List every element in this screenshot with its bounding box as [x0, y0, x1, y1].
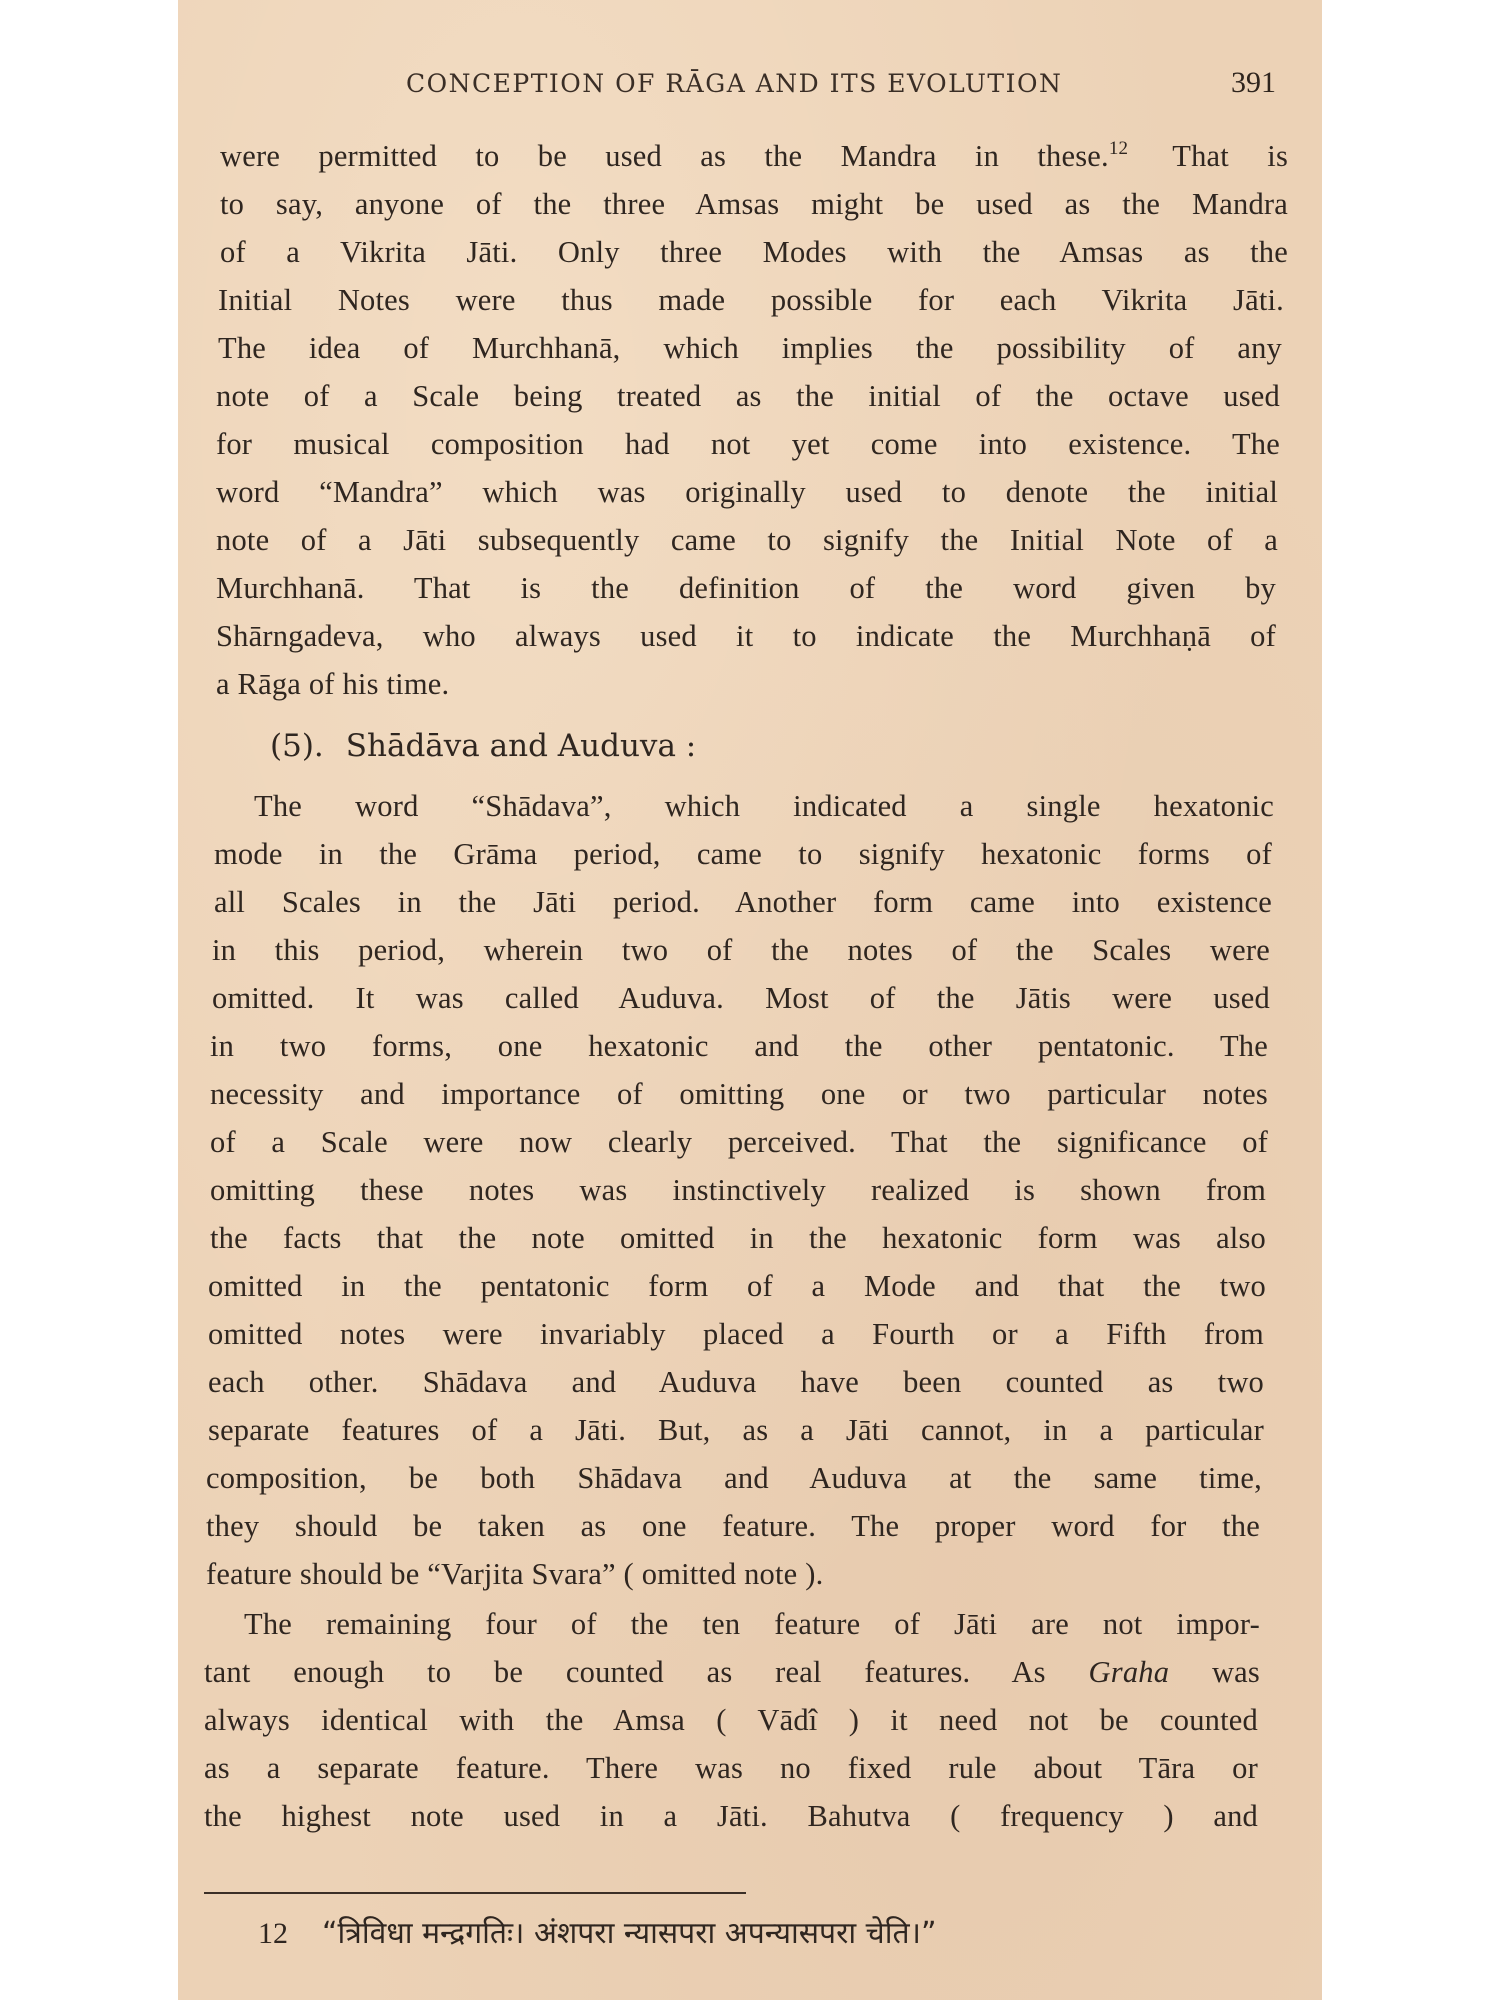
book-page: CONCEPTION OF RĀGA AND ITS EVOLUTION 391… — [178, 0, 1322, 2000]
text-line: note of a Jāti subsequently came to sign… — [216, 522, 1278, 558]
text-line: in two forms, one hexatonic and the othe… — [210, 1028, 1268, 1064]
text-line: as a separate feature. There was no fixe… — [204, 1750, 1258, 1786]
text-line: Shārngadeva, who always used it to indic… — [216, 618, 1276, 654]
italic-term: Graha — [1089, 1655, 1170, 1689]
line-text-tail: was — [1212, 1655, 1260, 1689]
text-line: omitted in the pentatonic form of a Mode… — [208, 1268, 1266, 1304]
text-line: omitting these notes was instinctively r… — [210, 1172, 1266, 1208]
text-line: omitted. It was called Auduva. Most of t… — [212, 980, 1270, 1016]
text-line: all Scales in the Jāti period. Another f… — [214, 884, 1272, 920]
text-line: in this period, wherein two of the notes… — [212, 932, 1270, 968]
text-line: each other. Shādava and Auduva have been… — [208, 1364, 1264, 1400]
text-line: the highest note used in a Jāti. Bahutva… — [204, 1798, 1258, 1834]
text-line: Initial Notes were thus made possible fo… — [218, 282, 1284, 318]
text-line: tant enough to be counted as real featur… — [204, 1654, 1260, 1690]
text-line: for musical composition had not yet come… — [216, 426, 1280, 462]
text-line: were permitted to be used as the Mandra … — [220, 138, 1288, 174]
footnote: 12“त्रिविधा मन्द्रगतिः। अंशपरा न्यासपरा … — [258, 1914, 937, 1954]
text-line: word “Mandra” which was originally used … — [216, 474, 1278, 510]
text-line: the facts that the note omitted in the h… — [210, 1220, 1266, 1256]
text-line: of a Vikrita Jāti. Only three Modes with… — [220, 234, 1288, 270]
text-line: The remaining four of the ten feature of… — [244, 1606, 1260, 1642]
footnote-reference[interactable]: 12 — [1109, 138, 1128, 159]
section-number: (5). — [270, 728, 324, 764]
text-line: Murchhanā. That is the definition of the… — [216, 570, 1276, 606]
line-text: were permitted to be used as the Mandra … — [220, 139, 1109, 173]
text-line: The word “Shādava”, which indicated a si… — [254, 788, 1274, 824]
line-text-tail: That is — [1172, 139, 1288, 173]
text-line: feature should be “Varjita Svara” ( omit… — [206, 1556, 1260, 1592]
line-text: tant enough to be counted as real featur… — [204, 1655, 1046, 1689]
running-head: CONCEPTION OF RĀGA AND ITS EVOLUTION 391 — [406, 66, 1276, 106]
text-line: mode in the Grāma period, came to signif… — [214, 836, 1272, 872]
text-line: necessity and importance of omitting one… — [210, 1076, 1268, 1112]
running-title: CONCEPTION OF RĀGA AND ITS EVOLUTION — [406, 69, 1062, 98]
footnote-divider — [204, 1892, 746, 1894]
text-line: omitted notes were invariably placed a F… — [208, 1316, 1264, 1352]
text-line: of a Scale were now clearly perceived. T… — [210, 1124, 1268, 1160]
page-number: 391 — [1231, 66, 1276, 100]
text-line: separate features of a Jāti. But, as a J… — [208, 1412, 1264, 1448]
section-title: Shādāva and Auduva : — [346, 728, 696, 764]
text-line: The idea of Murchhanā, which implies the… — [218, 330, 1282, 366]
text-line: a Rāga of his time. — [216, 666, 1276, 702]
text-line: they should be taken as one feature. The… — [206, 1508, 1260, 1544]
text-line: note of a Scale being treated as the ini… — [216, 378, 1280, 414]
section-heading: (5).Shādāva and Auduva : — [270, 728, 696, 764]
text-line: composition, be both Shādava and Auduva … — [206, 1460, 1262, 1496]
footnote-text: “त्रिविधा मन्द्रगतिः। अंशपरा न्यासपरा अप… — [322, 1916, 937, 1951]
text-line: always identical with the Amsa ( Vādî ) … — [204, 1702, 1258, 1738]
footnote-number: 12 — [258, 1917, 288, 1950]
text-line: to say, anyone of the three Amsas might … — [220, 186, 1288, 222]
